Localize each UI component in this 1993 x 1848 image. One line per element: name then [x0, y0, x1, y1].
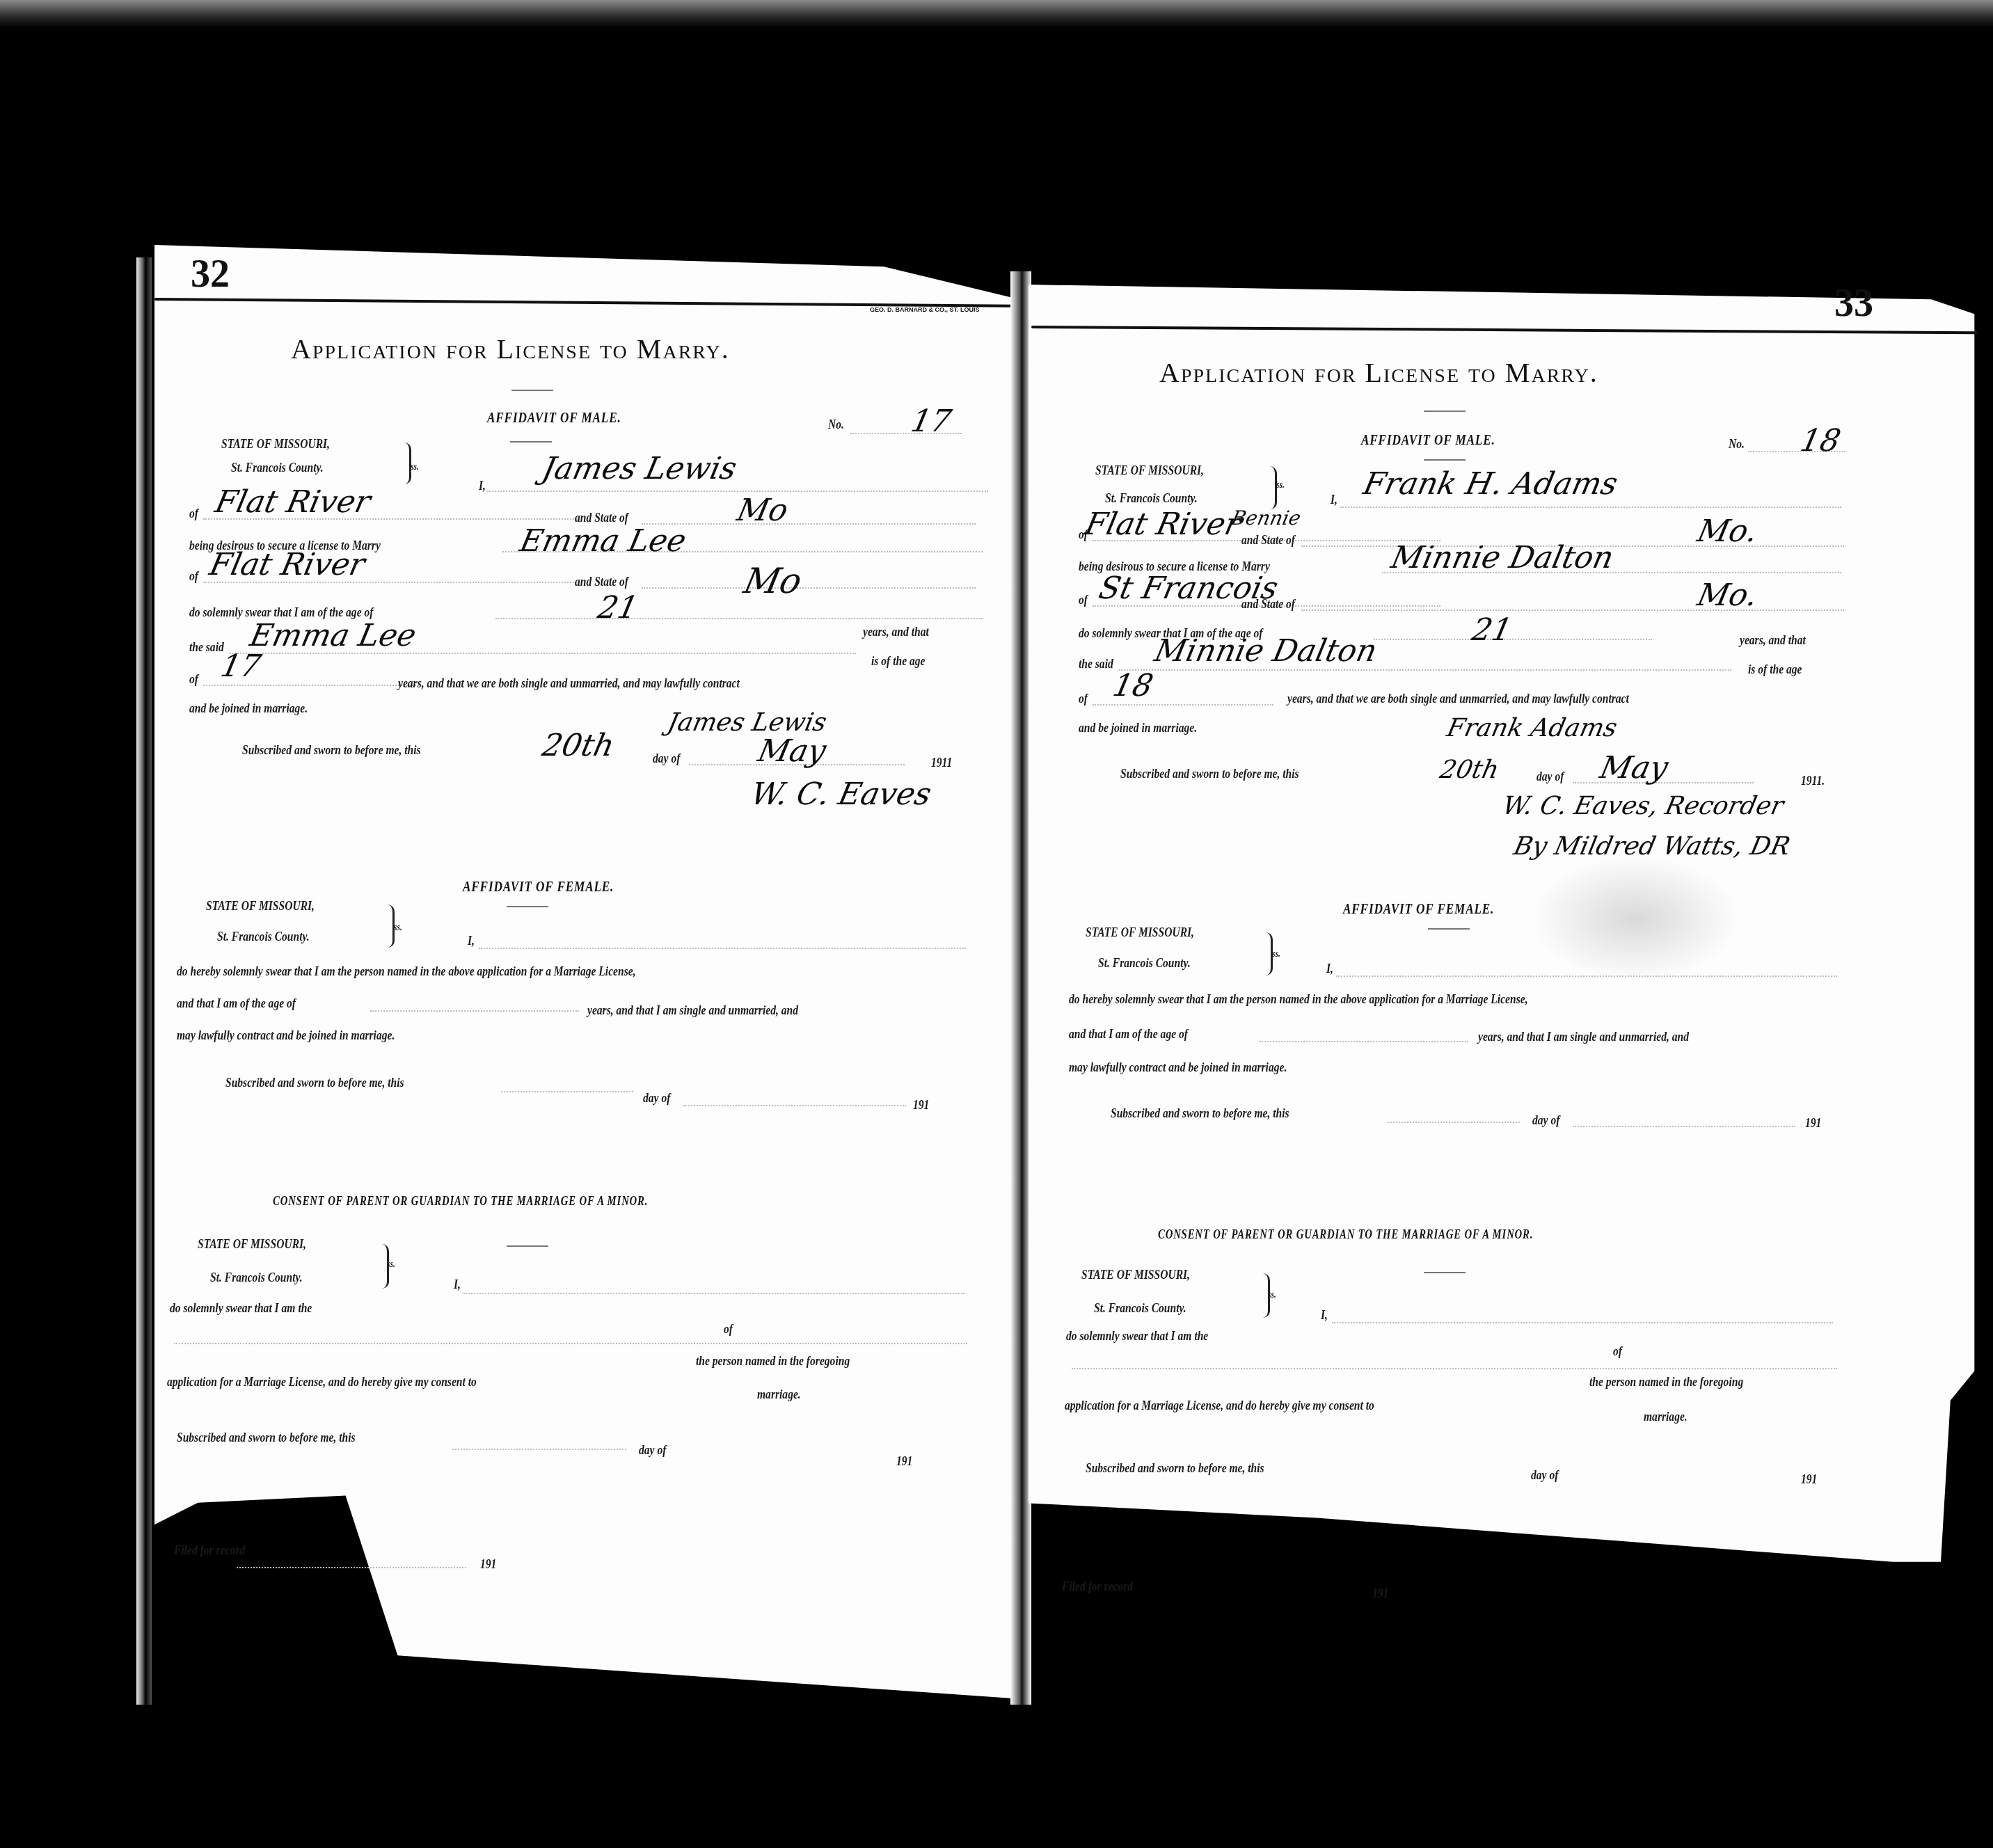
book-edge — [136, 257, 152, 1705]
page-title: Application for License to Marry. — [291, 333, 730, 365]
years-label: years, and that — [863, 625, 929, 640]
female-text: do hereby solemnly swear that I am the p… — [177, 964, 636, 980]
is-of-age-label: is of the age — [871, 654, 925, 669]
section-heading-female: AFFIDAVIT OF FEMALE. — [1343, 900, 1494, 918]
applicant-name: James Lewis — [539, 451, 740, 486]
years-label: years, and that — [1740, 633, 1806, 648]
day-line — [452, 1449, 626, 1450]
state-line — [642, 523, 976, 525]
of-label: of — [189, 672, 198, 687]
county-label: St. Francois County. — [231, 461, 324, 476]
of-label: of — [1613, 1344, 1622, 1360]
subscribed-label: Subscribed and sworn to before me, this — [242, 743, 421, 758]
day-line — [501, 1091, 633, 1092]
consent-text: application for a Marriage License, and … — [167, 1375, 477, 1390]
consent-text: application for a Marriage License, and … — [1065, 1399, 1374, 1414]
bride-state-line — [642, 587, 976, 589]
day-of-label: day of — [1532, 1113, 1559, 1129]
female-text: years, and that I am single and unmarrie… — [1478, 1030, 1689, 1045]
bride-age: 17 — [218, 648, 264, 684]
divider — [1424, 459, 1466, 461]
number-label: No. — [828, 417, 844, 433]
name-line — [487, 491, 988, 492]
bride-town: Flat River — [207, 547, 368, 582]
female-name-line — [479, 948, 966, 949]
applicant-town: Flat River — [212, 484, 374, 520]
applicant-name: Frank H. Adams — [1360, 466, 1621, 502]
official-signature: W. C. Eaves — [748, 776, 935, 812]
subscribed-label: Subscribed and sworn to before me, this — [1120, 767, 1299, 782]
ss-label: ss. — [1272, 949, 1280, 960]
subscribed-label: Subscribed and sworn to before me, this — [225, 1076, 404, 1091]
female-age-line — [370, 1010, 579, 1012]
ss-label: ss. — [1268, 1290, 1276, 1301]
divider — [511, 390, 553, 391]
consent-text: the person named in the foregoing — [1589, 1375, 1743, 1390]
page-title: Application for License to Marry. — [1159, 356, 1598, 389]
ss-label: ss. — [411, 462, 419, 473]
applicant-town: Flat River — [1082, 507, 1244, 542]
bride-age-line — [203, 685, 419, 686]
filed-label: Filed for record — [1062, 1579, 1133, 1595]
printer-mark: GEO. D. BARNARD & CO., ST. LOUIS — [870, 306, 980, 313]
subscribed-label: Subscribed and sworn to before me, this — [1086, 1461, 1264, 1476]
year-label: 1911. — [1801, 774, 1825, 789]
female-text: may lawfully contract and be joined in m… — [1069, 1060, 1287, 1076]
filed-line — [237, 1567, 466, 1568]
day-value: 20th — [1438, 756, 1502, 784]
brace — [383, 905, 395, 948]
applicant-signature: James Lewis — [665, 708, 829, 737]
and-state-label: and State of — [1241, 533, 1295, 548]
brace — [1265, 466, 1277, 509]
single-text: years, and that we are both single and u… — [1287, 692, 1629, 707]
joined-text: and be joined in marriage. — [189, 701, 308, 717]
applicant-state: Mo. — [1694, 513, 1761, 549]
subscribed-label: Subscribed and sworn to before me, this — [177, 1431, 356, 1446]
consent-text: do solemnly swear that I am the — [1066, 1329, 1208, 1344]
state-label: STATE OF MISSOURI, — [206, 899, 315, 914]
section-heading-male: AFFIDAVIT OF MALE. — [1361, 431, 1495, 449]
state-label: STATE OF MISSOURI, — [1095, 463, 1204, 479]
applicant-state: Mo — [734, 493, 791, 528]
ss-label: ss. — [1276, 480, 1285, 491]
official-signature: W. C. Eaves, Recorder — [1500, 792, 1786, 820]
year-label: 191 — [480, 1557, 496, 1572]
age-line — [495, 618, 983, 619]
ss-label: ss. — [387, 1259, 395, 1270]
month-value: May — [1597, 750, 1672, 786]
i-label: I, — [1326, 962, 1333, 977]
single-text: years, and that we are both single and u… — [398, 676, 740, 692]
day-of-label: day of — [1531, 1468, 1558, 1483]
month-line — [1573, 1126, 1795, 1127]
ss-label: ss. — [394, 923, 402, 934]
of-label: of — [189, 507, 198, 522]
year-label: 191 — [1372, 1586, 1388, 1602]
i-label: I, — [468, 934, 475, 949]
joined-text: and be joined in marriage. — [1079, 721, 1197, 736]
bride-state: Mo — [740, 561, 806, 601]
day-of-label: day of — [1537, 770, 1564, 785]
year-label: 191 — [1805, 1116, 1821, 1131]
brace — [399, 443, 411, 484]
year-label: 191 — [896, 1454, 912, 1469]
interlined-note: Bennie — [1229, 507, 1303, 529]
year-label: 191 — [913, 1098, 929, 1113]
section-heading-consent: CONSENT OF PARENT OR GUARDIAN TO THE MAR… — [1158, 1227, 1533, 1242]
county-label: St. Francois County. — [210, 1270, 303, 1286]
female-text: years, and that I am single and unmarrie… — [587, 1003, 798, 1019]
page-number: 32 — [191, 252, 230, 296]
county-label: St. Francois County. — [1105, 491, 1198, 507]
relation-line — [1072, 1368, 1837, 1369]
guardian-name-line — [1332, 1322, 1833, 1323]
state-label: STATE OF MISSOURI, — [221, 437, 330, 452]
year-label: 1911 — [931, 756, 952, 771]
county-label: St. Francois County. — [1094, 1301, 1186, 1316]
divider — [510, 441, 552, 443]
page-number: 33 — [1834, 281, 1873, 326]
section-heading-consent: CONSENT OF PARENT OR GUARDIAN TO THE MAR… — [273, 1194, 648, 1209]
consent-text: marriage. — [1644, 1410, 1688, 1425]
and-state-label: and State of — [1241, 597, 1295, 612]
month-line — [683, 1105, 906, 1106]
consent-text: do solemnly swear that I am the — [170, 1301, 312, 1316]
scan-noise-band — [0, 0, 1993, 28]
number-label: No. — [1729, 437, 1745, 452]
female-age-line — [1260, 1041, 1468, 1042]
brace — [1261, 932, 1273, 975]
applicant-age: 21 — [1469, 612, 1516, 648]
said-line — [1119, 669, 1731, 671]
day-of-label: day of — [643, 1091, 670, 1106]
day-line — [1388, 1122, 1520, 1123]
book-gutter — [1010, 271, 1031, 1705]
female-text: do hereby solemnly swear that I am the p… — [1069, 992, 1528, 1007]
of-label: of — [1079, 692, 1088, 707]
bride-state-line — [1301, 610, 1844, 611]
i-label: I, — [1321, 1308, 1328, 1323]
female-name-line — [1336, 975, 1837, 977]
the-said-label: the said — [189, 640, 224, 655]
section-heading-female: AFFIDAVIT OF FEMALE. — [463, 878, 614, 895]
scan-smudge — [1531, 856, 1740, 981]
month-value: May — [755, 733, 829, 769]
is-of-age-label: is of the age — [1748, 662, 1802, 678]
applicant-age: 21 — [595, 590, 642, 626]
subscribed-label: Subscribed and sworn to before me, this — [1111, 1106, 1289, 1122]
and-state-label: and State of — [575, 575, 628, 590]
i-label: I, — [479, 479, 486, 494]
section-heading-male: AFFIDAVIT OF MALE. — [487, 409, 621, 427]
i-label: I, — [454, 1277, 461, 1293]
county-label: St. Francois County. — [1098, 956, 1191, 971]
bride-state: Mo. — [1694, 577, 1761, 613]
filed-label: Filed for record — [174, 1543, 245, 1559]
year-label: 191 — [1801, 1472, 1817, 1488]
age-line — [1374, 639, 1652, 640]
bride-name: Minnie Dalton — [1388, 540, 1617, 575]
the-said-label: the said — [1079, 657, 1113, 672]
divider — [1424, 1272, 1466, 1273]
of-label: of — [189, 569, 198, 584]
female-text: and that I am of the age of — [1069, 1027, 1188, 1042]
state-label: STATE OF MISSOURI, — [1086, 925, 1194, 941]
said-name: Minnie Dalton — [1152, 633, 1381, 669]
said-name: Emma Lee — [247, 618, 420, 653]
consent-text: the person named in the foregoing — [696, 1354, 850, 1369]
divider — [1428, 928, 1470, 930]
female-text: and that I am of the age of — [177, 996, 296, 1012]
relation-line — [174, 1343, 967, 1344]
state-label: STATE OF MISSOURI, — [198, 1237, 306, 1252]
i-label: I, — [1331, 493, 1337, 508]
applicant-signature: Frank Adams — [1445, 714, 1620, 742]
bride-age: 18 — [1110, 668, 1157, 703]
consent-text: marriage. — [757, 1387, 801, 1403]
day-value: 20th — [539, 728, 618, 763]
female-text: may lawfully contract and be joined in m… — [177, 1028, 395, 1044]
divider — [1424, 411, 1466, 412]
state-label: STATE OF MISSOURI, — [1081, 1268, 1190, 1283]
day-of-label: day of — [639, 1443, 666, 1458]
of-label: of — [724, 1322, 733, 1337]
application-number: 18 — [1797, 423, 1844, 459]
name-line — [1340, 507, 1841, 508]
divider — [507, 906, 548, 907]
county-label: St. Francois County. — [217, 930, 310, 945]
application-number: 17 — [908, 404, 955, 439]
bride-age-line — [1093, 704, 1273, 706]
bride-name: Emma Lee — [517, 523, 690, 559]
day-of-label: day of — [653, 751, 680, 767]
divider — [507, 1245, 548, 1247]
of-label: of — [1079, 593, 1088, 608]
guardian-name-line — [463, 1293, 964, 1294]
